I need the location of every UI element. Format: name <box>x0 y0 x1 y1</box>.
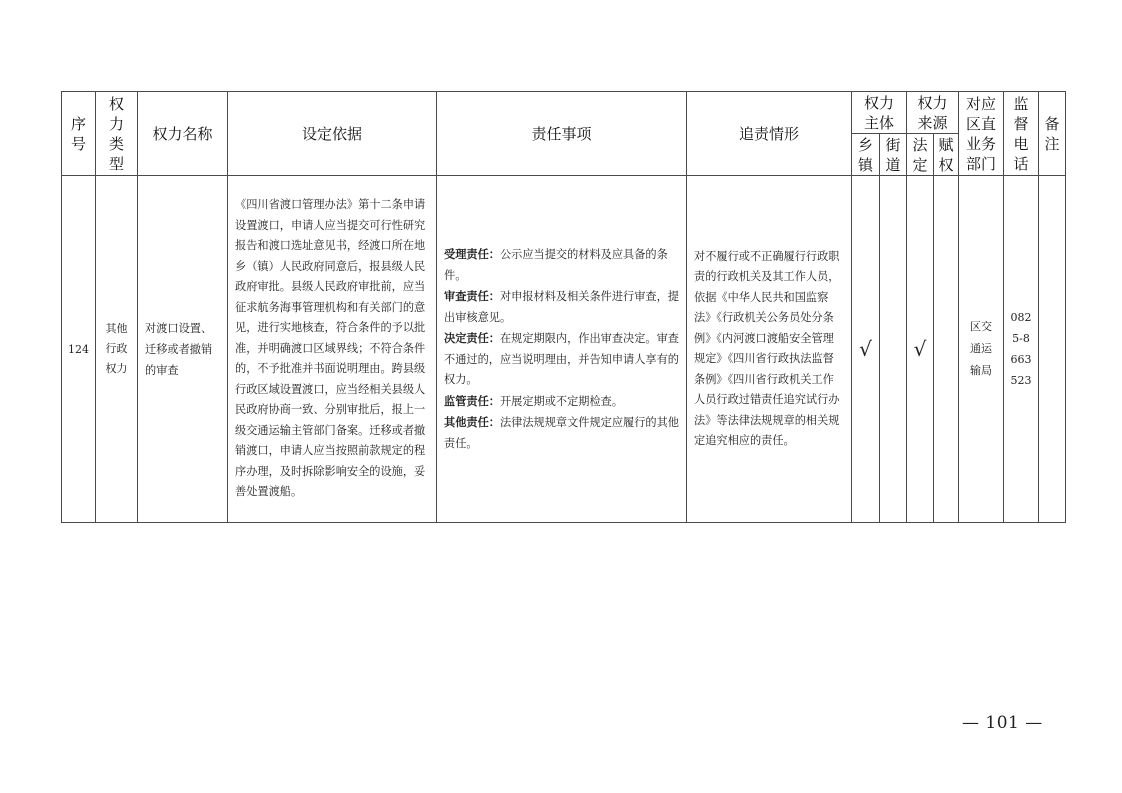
header-power-source: 权力来源 <box>907 92 959 134</box>
resp-other: 其他责任：法律法规规章文件规定应履行的其他责任。 <box>444 412 680 454</box>
cell-remarks <box>1039 176 1066 523</box>
header-seq: 序号 <box>62 92 96 176</box>
cell-power-type: 其他行政权力 <box>96 176 138 523</box>
header-remarks: 备注 <box>1039 92 1066 176</box>
power-list-table: 序号 权力类型 权力名称 设定依据 责任事项 追责情形 权力主体 权力来源 对应… <box>61 91 1066 523</box>
header-basis: 设定依据 <box>228 92 437 176</box>
header-accountability: 追责情形 <box>687 92 852 176</box>
resp-review: 审查责任：对申报材料及相关条件进行审查，提出审核意见。 <box>444 286 680 328</box>
cell-power-name: 对渡口设置、迁移或者撤销的审查 <box>138 176 228 523</box>
cell-phone: 0825-8663523 <box>1004 176 1039 523</box>
cell-responsibility: 受理责任：公示应当提交的材料及应具备的条件。 审查责任：对申报材料及相关条件进行… <box>437 176 687 523</box>
cell-delegated <box>934 176 959 523</box>
cell-subdistrict <box>880 176 907 523</box>
cell-seq: 124 <box>62 176 96 523</box>
page-number: — 101 — <box>962 713 1043 733</box>
cell-accountability: 对不履行或不正确履行行政职责的行政机关及其工作人员，依据《中华人民共和国监察法》… <box>687 176 852 523</box>
header-township: 乡镇 <box>852 134 880 176</box>
cell-statutory-check: √ <box>907 176 934 523</box>
table-header: 序号 权力类型 权力名称 设定依据 责任事项 追责情形 权力主体 权力来源 对应… <box>62 92 1066 176</box>
resp-supervision: 监管责任：开展定期或不定期检查。 <box>444 391 680 413</box>
header-subdistrict: 街道 <box>880 134 907 176</box>
header-statutory: 法定 <box>907 134 934 176</box>
resp-acceptance: 受理责任：公示应当提交的材料及应具备的条件。 <box>444 244 680 286</box>
header-power-subject: 权力主体 <box>852 92 907 134</box>
cell-department: 区交通运输局 <box>959 176 1004 523</box>
cell-township-check: √ <box>852 176 880 523</box>
header-delegated: 赋权 <box>934 134 959 176</box>
resp-decision: 决定责任：在规定期限内，作出审查决定。审查不通过的，应当说明理由，并告知申请人享… <box>444 328 680 391</box>
table-row: 124 其他行政权力 对渡口设置、迁移或者撤销的审查 《四川省渡口管理办法》第十… <box>62 176 1066 523</box>
header-power-name: 权力名称 <box>138 92 228 176</box>
header-phone: 监督电话 <box>1004 92 1039 176</box>
cell-basis: 《四川省渡口管理办法》第十二条申请设置渡口，申请人应当提交可行性研究报告和渡口选… <box>228 176 437 523</box>
header-power-type: 权力类型 <box>96 92 138 176</box>
header-responsibility: 责任事项 <box>437 92 687 176</box>
header-department: 对应区直业务部门 <box>959 92 1004 176</box>
